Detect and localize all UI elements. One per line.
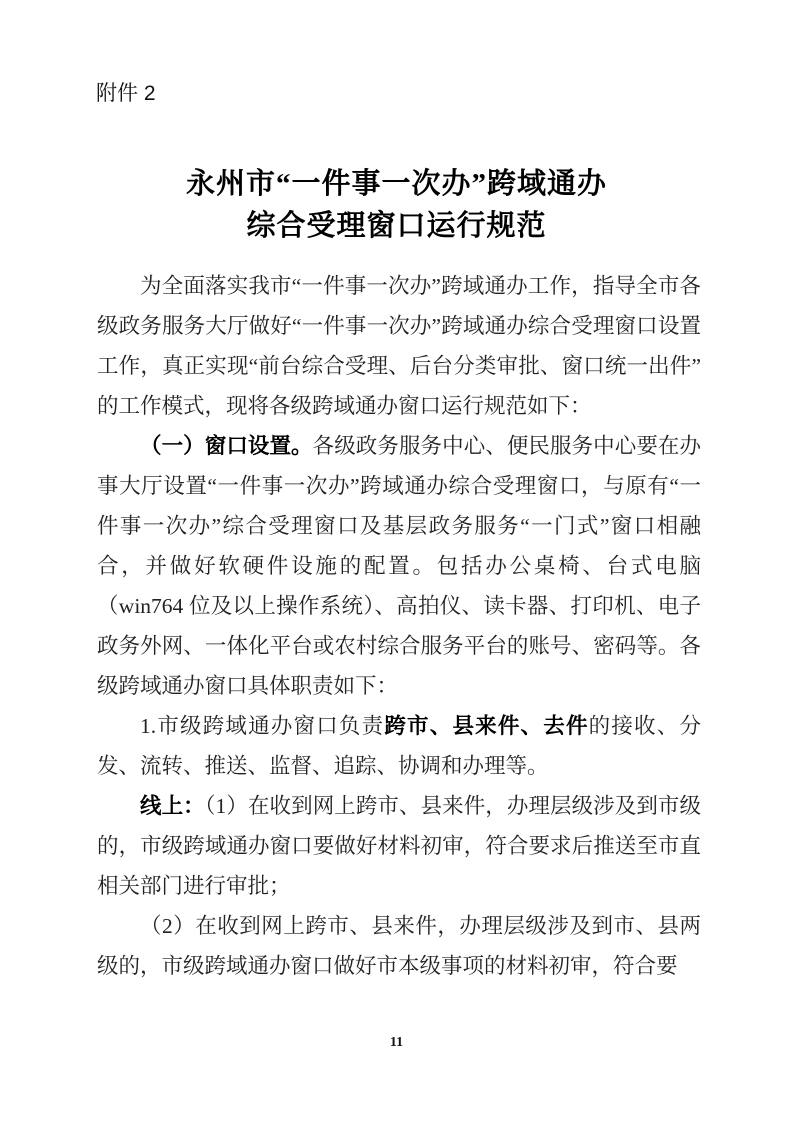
paragraph-duty-1: 1.市级跨域通办窗口负责跨市、县来件、去件的接收、分发、流转、推送、监督、追踪、…: [97, 706, 701, 786]
text-run: 各级政务服务中心、便民服务中心要在办事大厅设置“一件事一次办”跨域通办综合受理窗…: [97, 434, 701, 698]
paragraph-window-setup: （一）窗口设置。各级政务服务中心、便民服务中心要在办事大厅设置“一件事一次办”跨…: [97, 426, 701, 706]
document-page: 附件 2 永州市“一件事一次办”跨域通办 综合受理窗口运行规范 为全面落实我市“…: [0, 0, 793, 1122]
text-run: 1.市级跨域通办窗口负责: [140, 714, 384, 738]
page-number: 11: [0, 1035, 793, 1051]
document-body: 为全面落实我市“一件事一次办”跨域通办工作，指导全市各级政务服务大厅做好“一件事…: [97, 266, 701, 986]
bold-text-run: 线上：: [140, 794, 205, 818]
paragraph-online-2: （2）在收到网上跨市、县来件，办理层级涉及到市、县两级的，市级跨域通办窗口做好市…: [97, 906, 701, 986]
text-run: 为全面落实我市“一件事一次办”跨域通办工作，指导全市各级政务服务大厅做好“一件事…: [97, 274, 701, 418]
bold-text-run: 跨市、县来件、去件: [384, 714, 588, 738]
bold-text-run: （一）窗口设置。: [140, 434, 313, 458]
title-line-1: 永州市“一件事一次办”跨域通办: [0, 163, 793, 205]
text-run: （2）在收到网上跨市、县来件，办理层级涉及到市、县两级的，市级跨域通办窗口做好市…: [97, 914, 701, 978]
paragraph-intro: 为全面落实我市“一件事一次办”跨域通办工作，指导全市各级政务服务大厅做好“一件事…: [97, 266, 701, 426]
document-title: 永州市“一件事一次办”跨域通办 综合受理窗口运行规范: [0, 163, 793, 247]
paragraph-online-1: 线上：（1）在收到网上跨市、县来件，办理层级涉及到市级的，市级跨域通办窗口要做好…: [97, 786, 701, 906]
title-line-2: 综合受理窗口运行规范: [0, 205, 793, 247]
attachment-label: 附件 2: [96, 80, 156, 108]
